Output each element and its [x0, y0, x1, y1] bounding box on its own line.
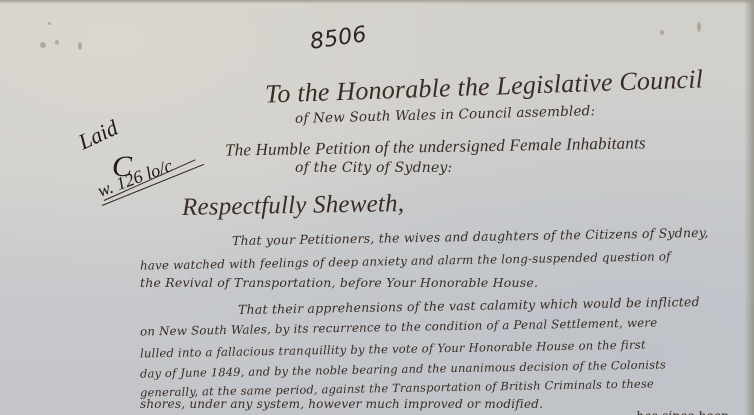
body-line: shores, under any system, however much i…	[140, 397, 543, 411]
paper-stain	[660, 30, 664, 35]
petition-title-line-1: The Humble Petition of the undersigned F…	[225, 133, 646, 160]
body-line: That their apprehensions of the vast cal…	[238, 294, 700, 317]
document-photo: 8506 To the Honorable the Legislative Co…	[0, 0, 754, 415]
margin-annotation-ref: w. 126 lo/c	[95, 155, 176, 201]
paper-right-edge	[744, 0, 754, 415]
paper-stain	[48, 22, 51, 25]
body-line: the Revival of Transportation, before Yo…	[140, 275, 538, 290]
petition-title-line-2: of the City of Sydney:	[295, 160, 452, 176]
heading-line-1: To the Honorable the Legislative Council	[265, 64, 704, 109]
salutation: Respectfully Sheweth,	[182, 190, 405, 222]
body-line: lulled into a fallacious tranquillity by…	[140, 338, 646, 361]
paper-stain	[40, 42, 46, 48]
body-line: on New South Wales, by its recurrence to…	[140, 315, 658, 338]
paper-stain	[697, 22, 701, 32]
body-line: have watched with feelings of deep anxie…	[140, 249, 671, 272]
paper-stain	[55, 40, 59, 45]
body-line: ... has since been	[620, 409, 729, 415]
body-line: That your Petitioners, the wives and dau…	[232, 225, 709, 248]
paper-stain	[78, 42, 82, 50]
catalog-number: 8506	[309, 22, 369, 55]
paper-top-edge	[0, 0, 754, 4]
